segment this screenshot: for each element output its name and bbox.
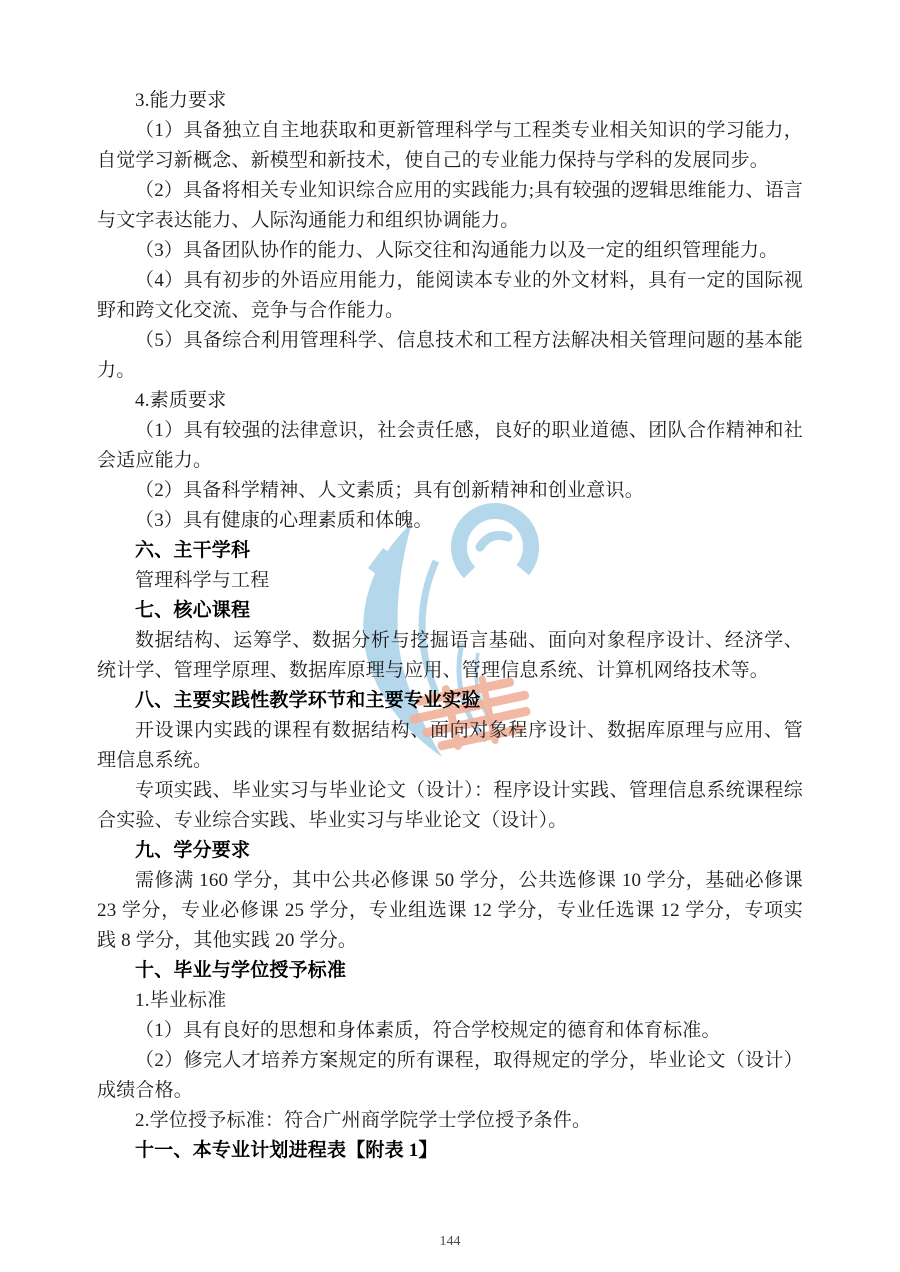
paragraph: （1）具备独立自主地获取和更新管理科学与工程类专业相关知识的学习能力，自觉学习新…: [97, 116, 803, 176]
paragraph: 专项实践、毕业实习与毕业论文（设计）：程序设计实践、管理信息系统课程综合实验、专…: [97, 776, 803, 836]
paragraph: （2）具备科学精神、人文素质；具有创新精神和创业意识。: [97, 476, 803, 506]
paragraph: 需修满 160 学分，其中公共必修课 50 学分，公共选修课 10 学分，基础必…: [97, 866, 803, 956]
paragraph: （5）具备综合利用管理科学、信息技术和工程方法解决相关管理问题的基本能力。: [97, 326, 803, 386]
sub-heading: 2.学位授予标准：符合广州商学院学士学位授予条件。: [97, 1106, 803, 1136]
document-page: 3.能力要求（1）具备独立自主地获取和更新管理科学与工程类专业相关知识的学习能力…: [0, 0, 900, 1272]
paragraph: （3）具有健康的心理素质和体魄。: [97, 506, 803, 536]
paragraph: （1）具有较强的法律意识，社会责任感，良好的职业道德、团队合作精神和社会适应能力…: [97, 416, 803, 476]
paragraph: （2）具备将相关专业知识综合应用的实践能力;具有较强的逻辑思维能力、语言与文字表…: [97, 176, 803, 236]
section-heading: 九、学分要求: [97, 836, 803, 866]
paragraph: 管理科学与工程: [97, 566, 803, 596]
section-heading: 八、主要实践性教学环节和主要专业实验: [97, 686, 803, 716]
paragraph: 数据结构、运筹学、数据分析与挖掘语言基础、面向对象程序设计、经济学、统计学、管理…: [97, 626, 803, 686]
page-number: 144: [0, 1234, 900, 1250]
paragraph: 开设课内实践的课程有数据结构、面向对象程序设计、数据库原理与应用、管理信息系统。: [97, 716, 803, 776]
sub-heading: 1.毕业标准: [97, 986, 803, 1016]
paragraph: （2）修完人才培养方案规定的所有课程，取得规定的学分，毕业论文（设计）成绩合格。: [97, 1046, 803, 1106]
section-heading: 六、主干学科: [97, 536, 803, 566]
section-heading: 十、毕业与学位授予标准: [97, 956, 803, 986]
document-body: 3.能力要求（1）具备独立自主地获取和更新管理科学与工程类专业相关知识的学习能力…: [97, 86, 803, 1166]
paragraph: （4）具有初步的外语应用能力，能阅读本专业的外文材料，具有一定的国际视野和跨文化…: [97, 266, 803, 326]
paragraph: （1）具有良好的思想和身体素质，符合学校规定的德育和体育标准。: [97, 1016, 803, 1046]
section-heading: 十一、本专业计划进程表【附表 1】: [97, 1136, 803, 1166]
sub-heading: 3.能力要求: [97, 86, 803, 116]
sub-heading: 4.素质要求: [97, 386, 803, 416]
paragraph: （3）具备团队协作的能力、人际交往和沟通能力以及一定的组织管理能力。: [97, 236, 803, 266]
section-heading: 七、核心课程: [97, 596, 803, 626]
